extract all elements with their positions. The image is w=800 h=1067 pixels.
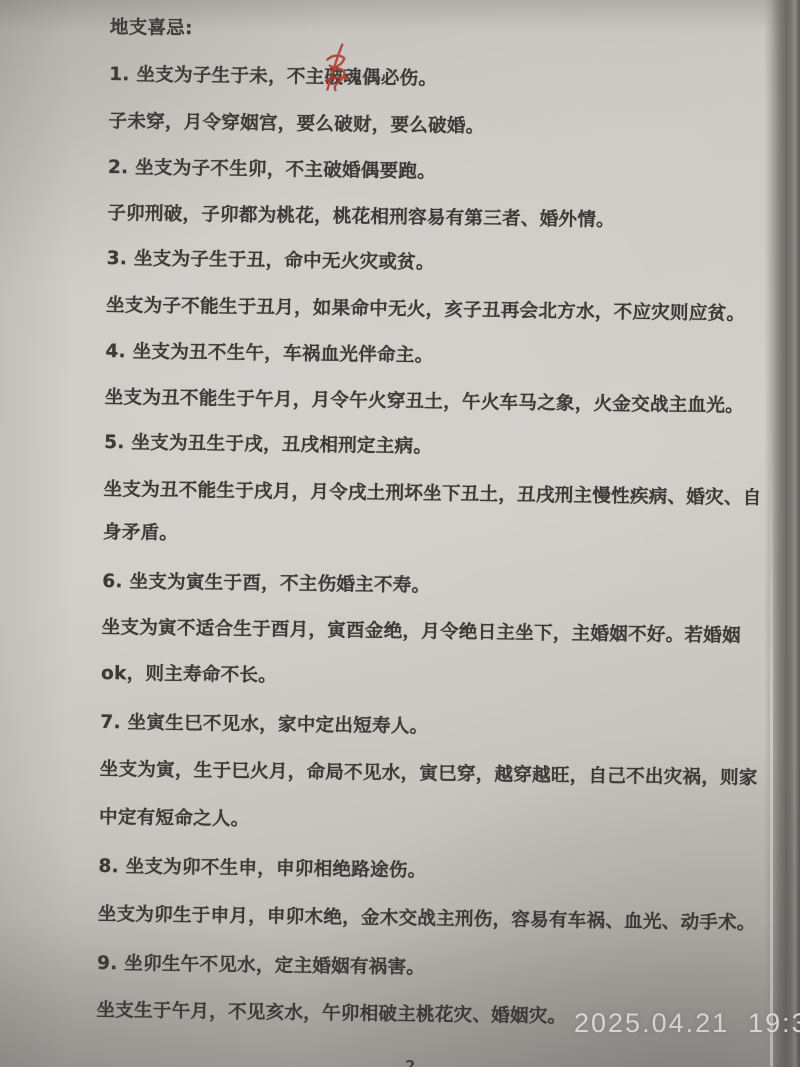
rule-line-4: 4. 坐支为丑不生午，车祸血光伴命主。 (105, 338, 433, 370)
explanation-line: 坐支为丑不能生于午月，月令午火穿丑土，午火车马之象，火金交战主血光。 (105, 384, 745, 421)
rule-line-5: 5. 坐支为丑生于戌，丑戌相刑定主病。 (104, 429, 432, 461)
explanation-line: 坐支为卯生于申月，申卯木绝，金木交战主刑伤，容易有车祸、血光、动手术。 (98, 901, 756, 938)
explanation-line: 子卯刑破，子卯都为桃花，桃花相刑容易有第三者、婚外情。 (107, 200, 615, 235)
explanation-line: 坐支为子不能生于丑月，如果命中无火，亥子丑再会北方水，不应灾则应贫。 (106, 292, 746, 329)
rule-line-1: 1. 坐支为子生于未，不主破魂偶必伤。 (109, 61, 437, 93)
doc-title: 地支喜忌: (110, 14, 193, 43)
rule-line-6: 6. 坐支为寅生于酉，不主伤婚主不寿。 (102, 568, 430, 600)
page-number-partial: 2 (405, 1057, 415, 1067)
camera-timestamp: 2025.04.21 19:32 (574, 1008, 800, 1039)
explanation-line: 坐支生于午月，不见亥水，午卯相破主桃花灾、婚姻灾。 (96, 997, 566, 1031)
rule-line-3: 3. 坐支为子生于丑，命中无火灾或贫。 (107, 245, 435, 277)
explanation-line: ok，则主寿命不长。 (101, 660, 277, 690)
red-correction-scribble (319, 42, 355, 96)
rule-line-7: 7. 坐寅生巳不见水，家中定出短寿人。 (100, 709, 428, 741)
explanation-line: 坐支为丑不能生于戌月，月令戌土刑坏坐下丑土，丑戌刑主慢性疾病、婚灾、自 (103, 476, 761, 513)
photographed-book-page: 地支喜忌: 1. 坐支为子生于未，不主破魂偶必伤。 子未穿，月令穿姻宫，要么破财… (0, 0, 800, 1067)
rule-line-9: 9. 坐卯生午不见水，定主婚姻有祸害。 (97, 950, 425, 982)
explanation-line: 身矛盾。 (103, 519, 179, 548)
printed-text-block: 地支喜忌: 1. 坐支为子生于未，不主破魂偶必伤。 子未穿，月令穿姻宫，要么破财… (96, 16, 790, 1055)
explanation-line: 坐支为寅，生于巳火月，命局不见水，寅巳穿，越穿越旺，自己不出灾祸，则家 (100, 756, 758, 793)
rule-line-2: 2. 坐支为子不生卯，不主破婚偶要跑。 (108, 154, 436, 186)
explanation-line: 子未穿，月令穿姻宫，要么破财，要么破婚。 (108, 108, 484, 141)
explanation-line: 中定有短命之人。 (99, 804, 250, 834)
rule-line-8: 8. 坐支为卯不生申，申卯相绝路途伤。 (98, 853, 426, 885)
explanation-line: 坐支为寅不适合生于酉月，寅酉金绝，月令绝日主坐下，主婚姻不好。若婚姻 (101, 614, 741, 651)
